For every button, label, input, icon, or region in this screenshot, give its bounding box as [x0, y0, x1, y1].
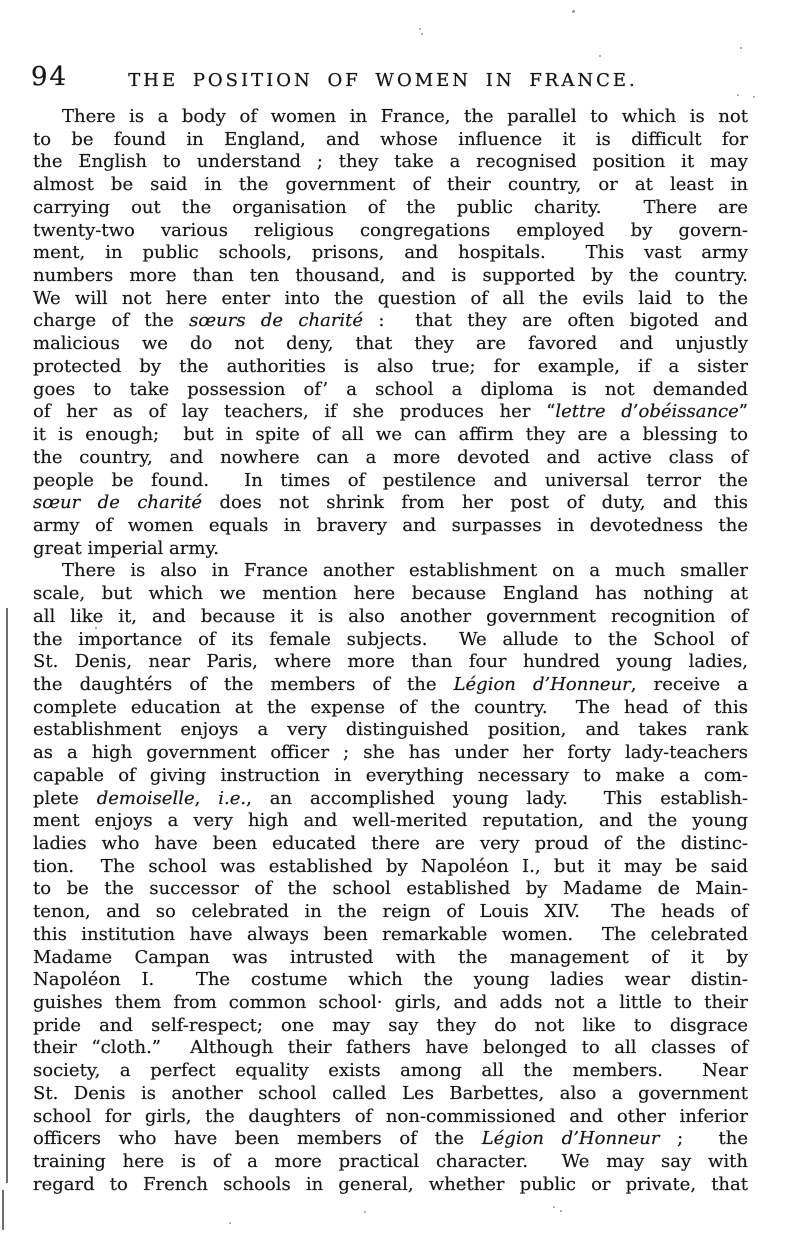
text-line: capable of giving instruction in everyth…: [33, 765, 748, 788]
scan-edge-line: [6, 608, 8, 1183]
text-line: training here is of a more practical cha…: [33, 1151, 748, 1174]
text-line: pride and self-respect; one may say they…: [33, 1015, 748, 1038]
text-line: army of women equals in bravery and surp…: [33, 515, 748, 538]
scan-speck: [599, 55, 601, 57]
text-line: ment enjoys a very high and well-merited…: [33, 810, 748, 833]
text-line: great imperial army.: [33, 538, 748, 561]
text-line: to be the successor of the school establ…: [33, 878, 748, 901]
text-line: ladies who have been educated there are …: [33, 833, 748, 856]
text-line: the country, and nowhere can a more devo…: [33, 447, 748, 470]
text-line: as a high government officer ; she has u…: [33, 742, 748, 765]
page-body: There is a body of women in France, the …: [33, 106, 748, 1197]
text-line: officers who have been members of the Lé…: [33, 1128, 748, 1151]
text-line: We will not here enter into the question…: [33, 288, 748, 311]
text-line: There is a body of women in France, the …: [33, 106, 748, 129]
text-line: Madame Campan was intrusted with the man…: [33, 947, 748, 970]
scan-speck: [737, 94, 739, 96]
scan-speck: [753, 96, 755, 98]
text-line: the importance of its female subjects. W…: [33, 629, 748, 652]
text-line: malicious we do not deny, that they are …: [33, 333, 748, 356]
text-line: almost be said in the government of thei…: [33, 174, 748, 197]
text-line: regard to French schools in general, whe…: [33, 1174, 748, 1197]
scan-speck: [560, 1210, 562, 1212]
text-line: the daughtérs of the members of the Légi…: [33, 674, 748, 697]
text-line: it is enough; but in spite of all we can…: [33, 424, 748, 447]
text-line: There is also in France another establis…: [33, 560, 748, 583]
scan-edge-line: [2, 1190, 4, 1230]
text-line: carrying out the organisation of the pub…: [33, 197, 748, 220]
text-line: guishes them from common school· girls, …: [33, 992, 748, 1015]
scan-speck: [95, 627, 97, 629]
text-line: this institution have always been remark…: [33, 924, 748, 947]
text-line: to be found in England, and whose influe…: [33, 129, 748, 152]
scan-speck: [229, 1222, 231, 1224]
text-line: St. Denis is another school called Les B…: [33, 1083, 748, 1106]
text-line: school for girls, the daughters of non-c…: [33, 1106, 748, 1129]
text-line: of her as of lay teachers, if she produc…: [33, 401, 748, 424]
text-line: complete education at the expense of the…: [33, 697, 748, 720]
scan-speck: [740, 47, 742, 49]
scan-speck: [421, 33, 423, 35]
text-line: all like it, and because it is also anot…: [33, 606, 748, 629]
text-line: numbers more than ten thousand, and is s…: [33, 265, 748, 288]
text-line: scale, but which we mention here because…: [33, 583, 748, 606]
text-line: establishment enjoys a very distinguishe…: [33, 719, 748, 742]
text-line: twenty-two various religious congregatio…: [33, 220, 748, 243]
text-line: sœur de charité does not shrink from her…: [33, 492, 748, 515]
scan-speck: [553, 1206, 555, 1208]
text-line: the English to understand ; they take a …: [33, 151, 748, 174]
text-line: protected by the authorities is also tru…: [33, 356, 748, 379]
text-line: St. Denis, near Paris, where more than f…: [33, 651, 748, 674]
scan-speck: [419, 28, 421, 30]
text-line: society, a perfect equality exists among…: [33, 1060, 748, 1083]
scan-speck: [572, 10, 575, 13]
scan-speck: [364, 1211, 366, 1213]
text-line: ment, in public schools, prisons, and ho…: [33, 242, 748, 265]
scanned-page: 94 THE POSITION OF WOMEN IN FRANCE. Ther…: [0, 0, 805, 1243]
text-line: plete demoiselle, i.e., an accomplished …: [33, 788, 748, 811]
text-line: people be found. In times of pestilence …: [33, 470, 748, 493]
running-header-title: THE POSITION OF WOMEN IN FRANCE.: [28, 70, 738, 91]
text-line: tenon, and so celebrated in the reign of…: [33, 901, 748, 924]
text-line: Napoléon I. The costume which the young …: [33, 969, 748, 992]
text-line: their “cloth.” Although their fathers ha…: [33, 1037, 748, 1060]
text-line: charge of the sœurs de charité : that th…: [33, 310, 748, 333]
text-line: tion. The school was established by Napo…: [33, 856, 748, 879]
text-line: goes to take possession of’ a school a d…: [33, 379, 748, 402]
